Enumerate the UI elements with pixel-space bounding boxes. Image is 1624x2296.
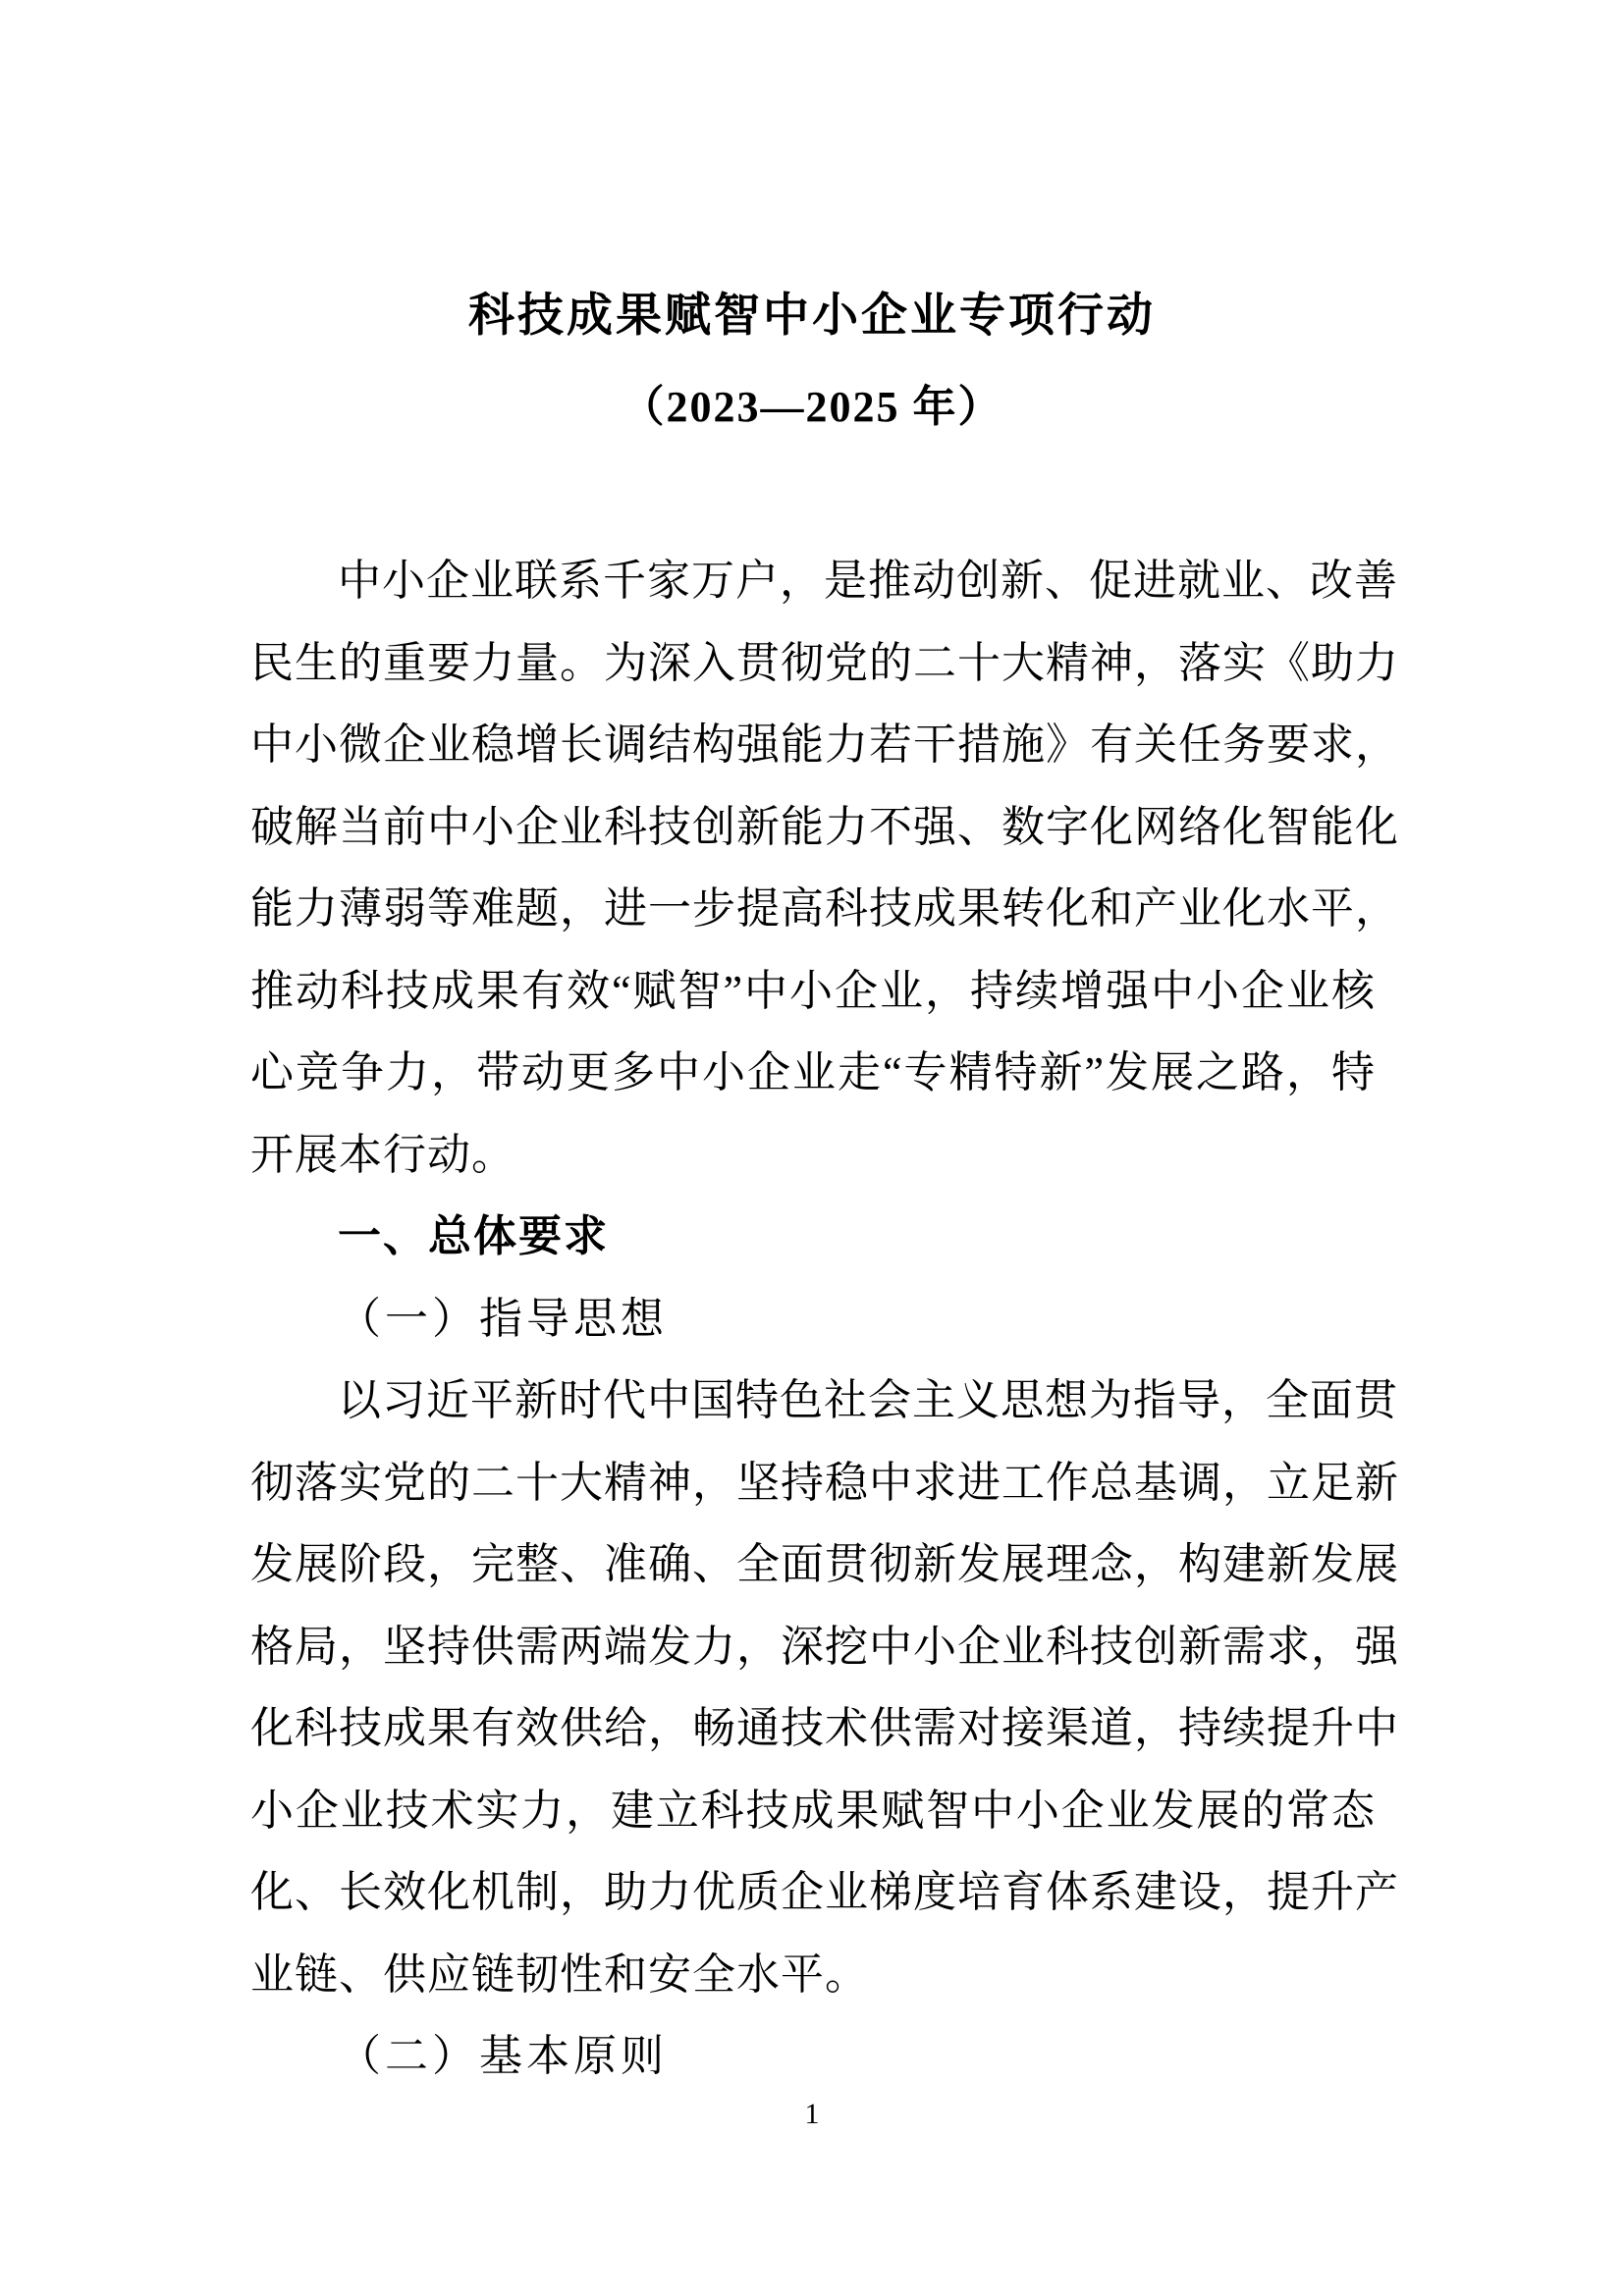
paragraph1-line: 中小微企业稳增长调结构强能力若干措施》有关任务要求， <box>250 704 1376 786</box>
paragraph1-line: 推动科技成果有效“赋智”中小企业，持续增强中小企业核 <box>250 950 1376 1033</box>
paragraph1-line: 民生的重要力量。为深入贯彻党的二十大精神，落实《助力 <box>250 622 1376 705</box>
paragraph1-line: 能力薄弱等难题，进一步提高科技成果转化和产业化水平， <box>250 868 1376 950</box>
paragraph2-line: 小企业技术实力，建立科技成果赋智中小企业发展的常态 <box>250 1770 1376 1852</box>
paragraph2-line: 业链、供应链韧性和安全水平。 <box>250 1934 1376 2016</box>
paragraph2-line: 以习近平新时代中国特色社会主义思想为指导，全面贯 <box>250 1360 1376 1442</box>
paragraph2-line: 发展阶段，完整、准确、全面贯彻新发展理念，构建新发展 <box>250 1523 1376 1606</box>
subsection-heading-basic-principles: （二）基本原则 <box>250 2015 1376 2098</box>
paragraph1-line: 中小企业联系千家万户，是推动创新、促进就业、改善 <box>250 540 1376 622</box>
document-page: 科技成果赋智中小企业专项行动 （2023—2025 年） 中小企业联系千家万户，… <box>0 0 1624 2296</box>
document-subtitle: （2023—2025 年） <box>0 381 1624 434</box>
section-heading-overall-requirements: 一、总体要求 <box>250 1196 1376 1278</box>
paragraph1-line: 破解当前中小企业科技创新能力不强、数字化网络化智能化 <box>250 786 1376 869</box>
paragraph2-line: 格局，坚持供需两端发力，深挖中小企业科技创新需求，强 <box>250 1606 1376 1688</box>
paragraph1-line: 心竞争力，带动更多中小企业走“专精特新”发展之路，特 <box>250 1032 1376 1114</box>
paragraph2-line: 化、长效化机制，助力优质企业梯度培育体系建设，提升产 <box>250 1851 1376 1934</box>
paragraph2-line: 彻落实党的二十大精神，坚持稳中求进工作总基调，立足新 <box>250 1442 1376 1524</box>
subsection-heading-guiding-ideology: （一）指导思想 <box>250 1278 1376 1361</box>
paragraph2-line: 化科技成果有效供给，畅通技术供需对接渠道，持续提升中 <box>250 1687 1376 1770</box>
document-body: 中小企业联系千家万户，是推动创新、促进就业、改善 民生的重要力量。为深入贯彻党的… <box>250 540 1376 2098</box>
document-title: 科技成果赋智中小企业专项行动 <box>0 287 1624 346</box>
page-number: 1 <box>0 2095 1624 2134</box>
paragraph1-line: 开展本行动。 <box>250 1114 1376 1197</box>
